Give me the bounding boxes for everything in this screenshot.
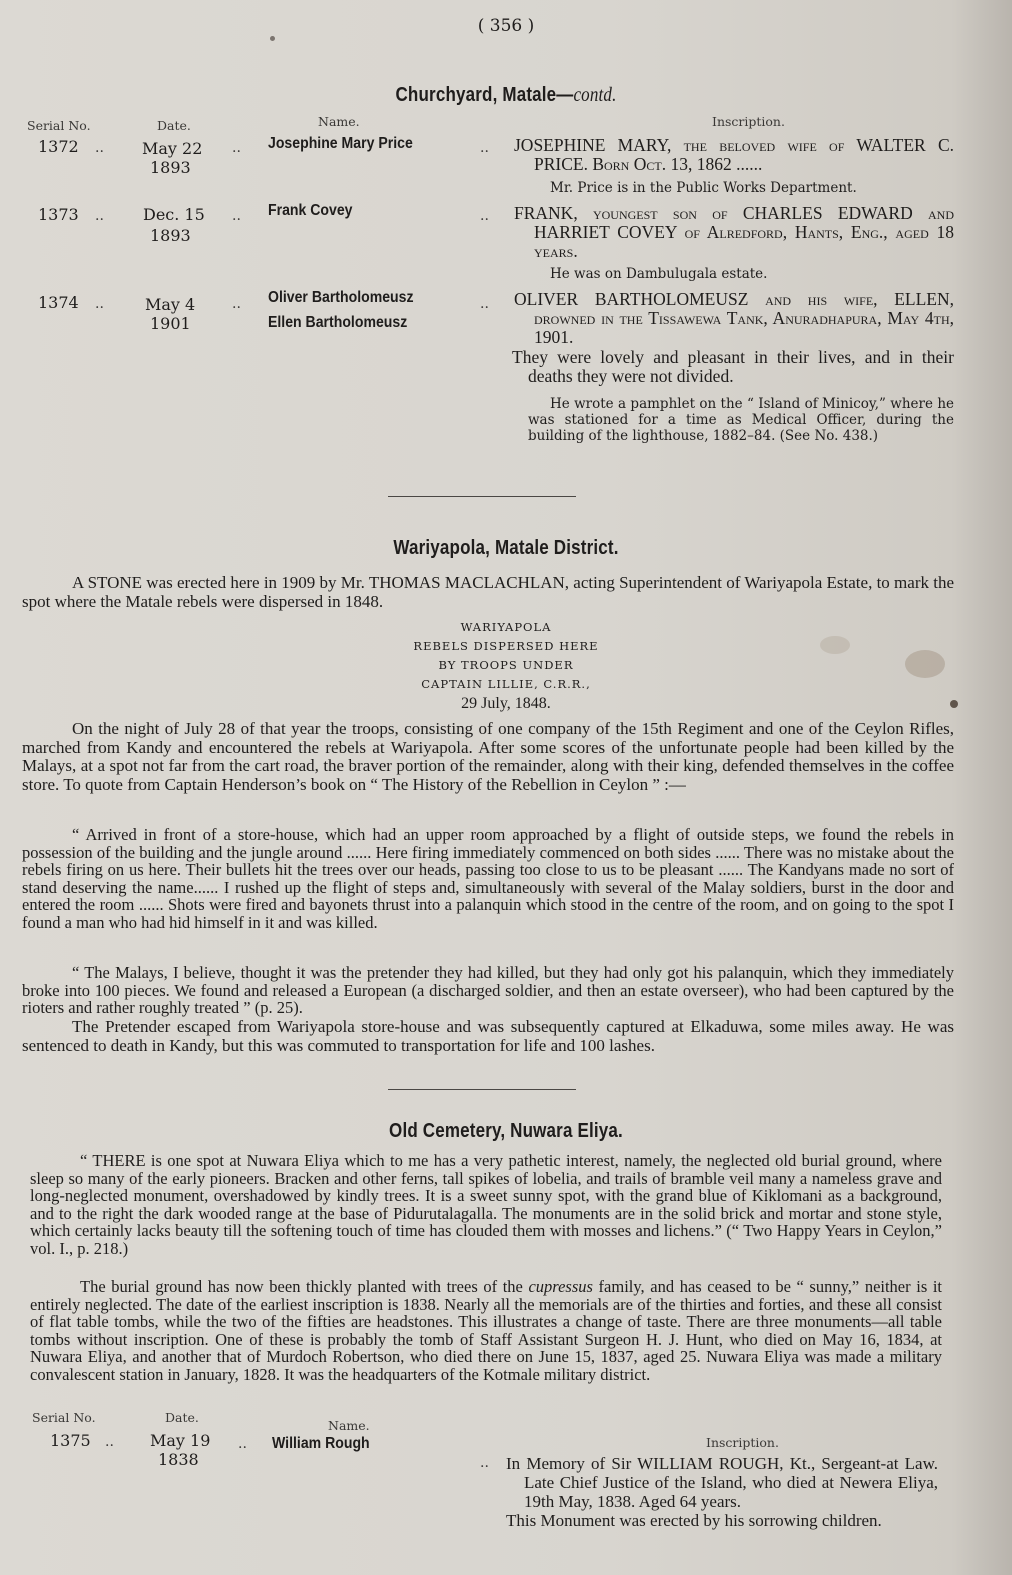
henderson-quote-2: “ The Malays, I believe, thought it was … [22, 964, 954, 1017]
entry-inscription: FRANK, youngest son of CHARLES EDWARD an… [514, 204, 954, 261]
entry-inscription: JOSEPHINE MARY, the beloved wife of WALT… [514, 136, 954, 174]
entry-date: May 4 [145, 294, 195, 315]
section-title-suffix: contd. [573, 84, 616, 106]
leader-dots: .. [232, 296, 241, 312]
leader-dots: .. [95, 208, 104, 224]
column-header-serial: Serial No. [32, 1410, 96, 1425]
inscription-text: In Memory of Sir WILLIAM ROUGH, Kt., Ser… [506, 1454, 938, 1511]
section-title-churchyard: Churchyard, Matale—contd. [76, 84, 936, 107]
wariyapola-intro: A STONE was erected here in 1909 by Mr. … [22, 574, 954, 611]
leader-dots: .. [232, 140, 241, 156]
paper-stain [270, 36, 275, 41]
leader-dots: .. [238, 1436, 247, 1452]
wariyapola-paragraph-2: The Pretender escaped from Wariyapola st… [22, 1018, 954, 1055]
column-header-date: Date. [157, 118, 191, 133]
monument-inscription: WARIYAPOLA REBELS DISPERSED HERE BY TROO… [0, 618, 1012, 713]
leader-dots: .. [95, 296, 104, 312]
entry-note: He wrote a pamphlet on the “ Island of M… [528, 396, 954, 444]
serial-number: 1374 [38, 292, 79, 313]
section-title-text: Churchyard, Matale— [395, 84, 573, 106]
column-header-name: Name. [318, 114, 360, 129]
column-header-name: Name. [328, 1418, 370, 1433]
monument-line: WARIYAPOLA [0, 618, 1012, 637]
inscription-text: OLIVER BARTHOLOMEUSZ and his wife, ELLEN… [514, 290, 954, 347]
entry-year: 1893 [150, 157, 191, 178]
section-title-wariyapola: Wariyapola, Matale District. [76, 537, 936, 560]
leader-dots: .. [480, 1455, 489, 1471]
entry-year: 1838 [158, 1449, 199, 1470]
inscription-text: They were lovely and pleasant in their l… [512, 348, 954, 386]
entry-inscription-extra: This Monument was erected by his sorrowi… [506, 1511, 938, 1530]
entry-name: William Rough [272, 1432, 370, 1456]
section-title-nuwara-eliya: Old Cemetery, Nuwara Eliya. [76, 1120, 936, 1143]
monument-date: 29 July, 1848. [0, 694, 1012, 713]
page-number: ( 356 ) [0, 16, 1012, 36]
entry-note: Mr. Price is in the Public Works Departm… [550, 180, 950, 196]
entry-name: Frank Covey [268, 199, 353, 223]
inscription-text: This Monument was erected by his sorrowi… [506, 1511, 938, 1530]
section-divider [388, 1089, 576, 1090]
serial-number: 1375 [50, 1430, 91, 1451]
inscription-text: FRANK, youngest son of CHARLES EDWARD an… [514, 204, 954, 261]
entry-note: He was on Dambulugala estate. [550, 266, 950, 282]
column-header-inscription: Inscription. [712, 114, 785, 129]
leader-dots: .. [105, 1434, 114, 1450]
entry-date: May 19 [150, 1430, 210, 1451]
leader-dots: .. [480, 296, 489, 312]
entry-inscription-extra: They were lovely and pleasant in their l… [512, 348, 954, 386]
entry-inscription: In Memory of Sir WILLIAM ROUGH, Kt., Ser… [506, 1454, 938, 1511]
paragraph-italic-text: cupressus [528, 1277, 592, 1296]
leader-dots: .. [232, 208, 241, 224]
monument-line: CAPTAIN LILLIE, C.R.R., [0, 675, 1012, 694]
wariyapola-paragraph-1: On the night of July 28 of that year the… [22, 720, 954, 794]
column-header-serial: Serial No. [27, 118, 91, 133]
paragraph-text: The burial ground has now been thickly p… [80, 1277, 528, 1296]
serial-number: 1372 [38, 136, 79, 157]
section-divider [388, 496, 576, 497]
nuwara-eliya-paragraph-1: “ THERE is one spot at Nuwara Eliya whic… [30, 1152, 942, 1257]
entry-year: 1893 [150, 225, 191, 246]
column-header-date: Date. [165, 1410, 199, 1425]
entry-name: Ellen Bartholomeusz [268, 311, 407, 335]
column-header-inscription: Inscription. [706, 1435, 779, 1450]
entry-year: 1901 [150, 313, 191, 334]
entry-name: Oliver Bartholomeusz [268, 286, 414, 310]
inscription-text: JOSEPHINE MARY, the beloved wife of WALT… [514, 136, 954, 174]
leader-dots: .. [480, 140, 489, 156]
entry-inscription: OLIVER BARTHOLOMEUSZ and his wife, ELLEN… [514, 290, 954, 347]
henderson-quote-1: “ Arrived in front of a store-house, whi… [22, 826, 954, 931]
serial-number: 1373 [38, 204, 79, 225]
entry-date: May 22 [142, 138, 202, 159]
entry-date: Dec. 15 [143, 204, 205, 225]
entry-name: Josephine Mary Price [268, 132, 413, 156]
leader-dots: .. [480, 208, 489, 224]
monument-line: REBELS DISPERSED HERE [0, 637, 1012, 656]
monument-line: BY TROOPS UNDER [0, 656, 1012, 675]
nuwara-eliya-paragraph-2: The burial ground has now been thickly p… [30, 1278, 942, 1383]
leader-dots: .. [95, 140, 104, 156]
